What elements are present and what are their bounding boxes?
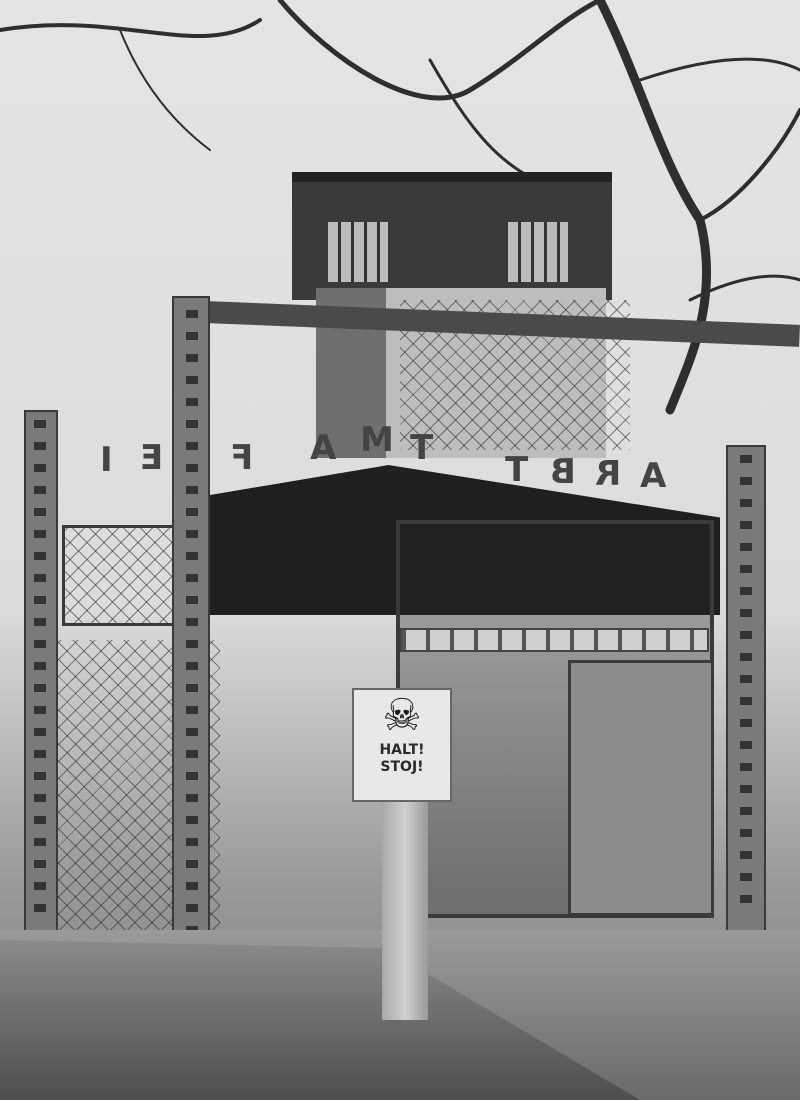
gate-door bbox=[568, 660, 714, 916]
arch-letter: I bbox=[100, 440, 113, 480]
arch-letter: F bbox=[230, 438, 253, 478]
skull-and-crossbones-icon: ☠ bbox=[382, 690, 421, 742]
watchtower-cab bbox=[292, 172, 612, 300]
insulators bbox=[186, 310, 198, 950]
arch-letter: E bbox=[140, 438, 163, 478]
arch-letter: T bbox=[410, 428, 433, 468]
insulators bbox=[34, 420, 46, 920]
insulators bbox=[740, 455, 752, 915]
arch-letter: A bbox=[640, 456, 666, 496]
tower-window bbox=[328, 222, 388, 282]
arch-letter: B bbox=[550, 452, 576, 492]
arch-letter: A bbox=[310, 428, 336, 468]
photograph: I E F A M T T B R A ☠ HALT! STOJ! bbox=[0, 0, 800, 1100]
left-gate-panel bbox=[62, 525, 180, 626]
warning-sign-line1: HALT! bbox=[379, 742, 424, 759]
warning-sign-line2: STOJ! bbox=[380, 759, 423, 776]
arch-letter: R bbox=[595, 454, 621, 494]
warning-sign: ☠ HALT! STOJ! bbox=[352, 688, 452, 802]
tower-window bbox=[508, 222, 568, 282]
gate-rail bbox=[400, 628, 709, 652]
arch-letter: M bbox=[360, 420, 394, 460]
arch-letter: T bbox=[505, 450, 528, 490]
sign-post bbox=[382, 790, 428, 1020]
